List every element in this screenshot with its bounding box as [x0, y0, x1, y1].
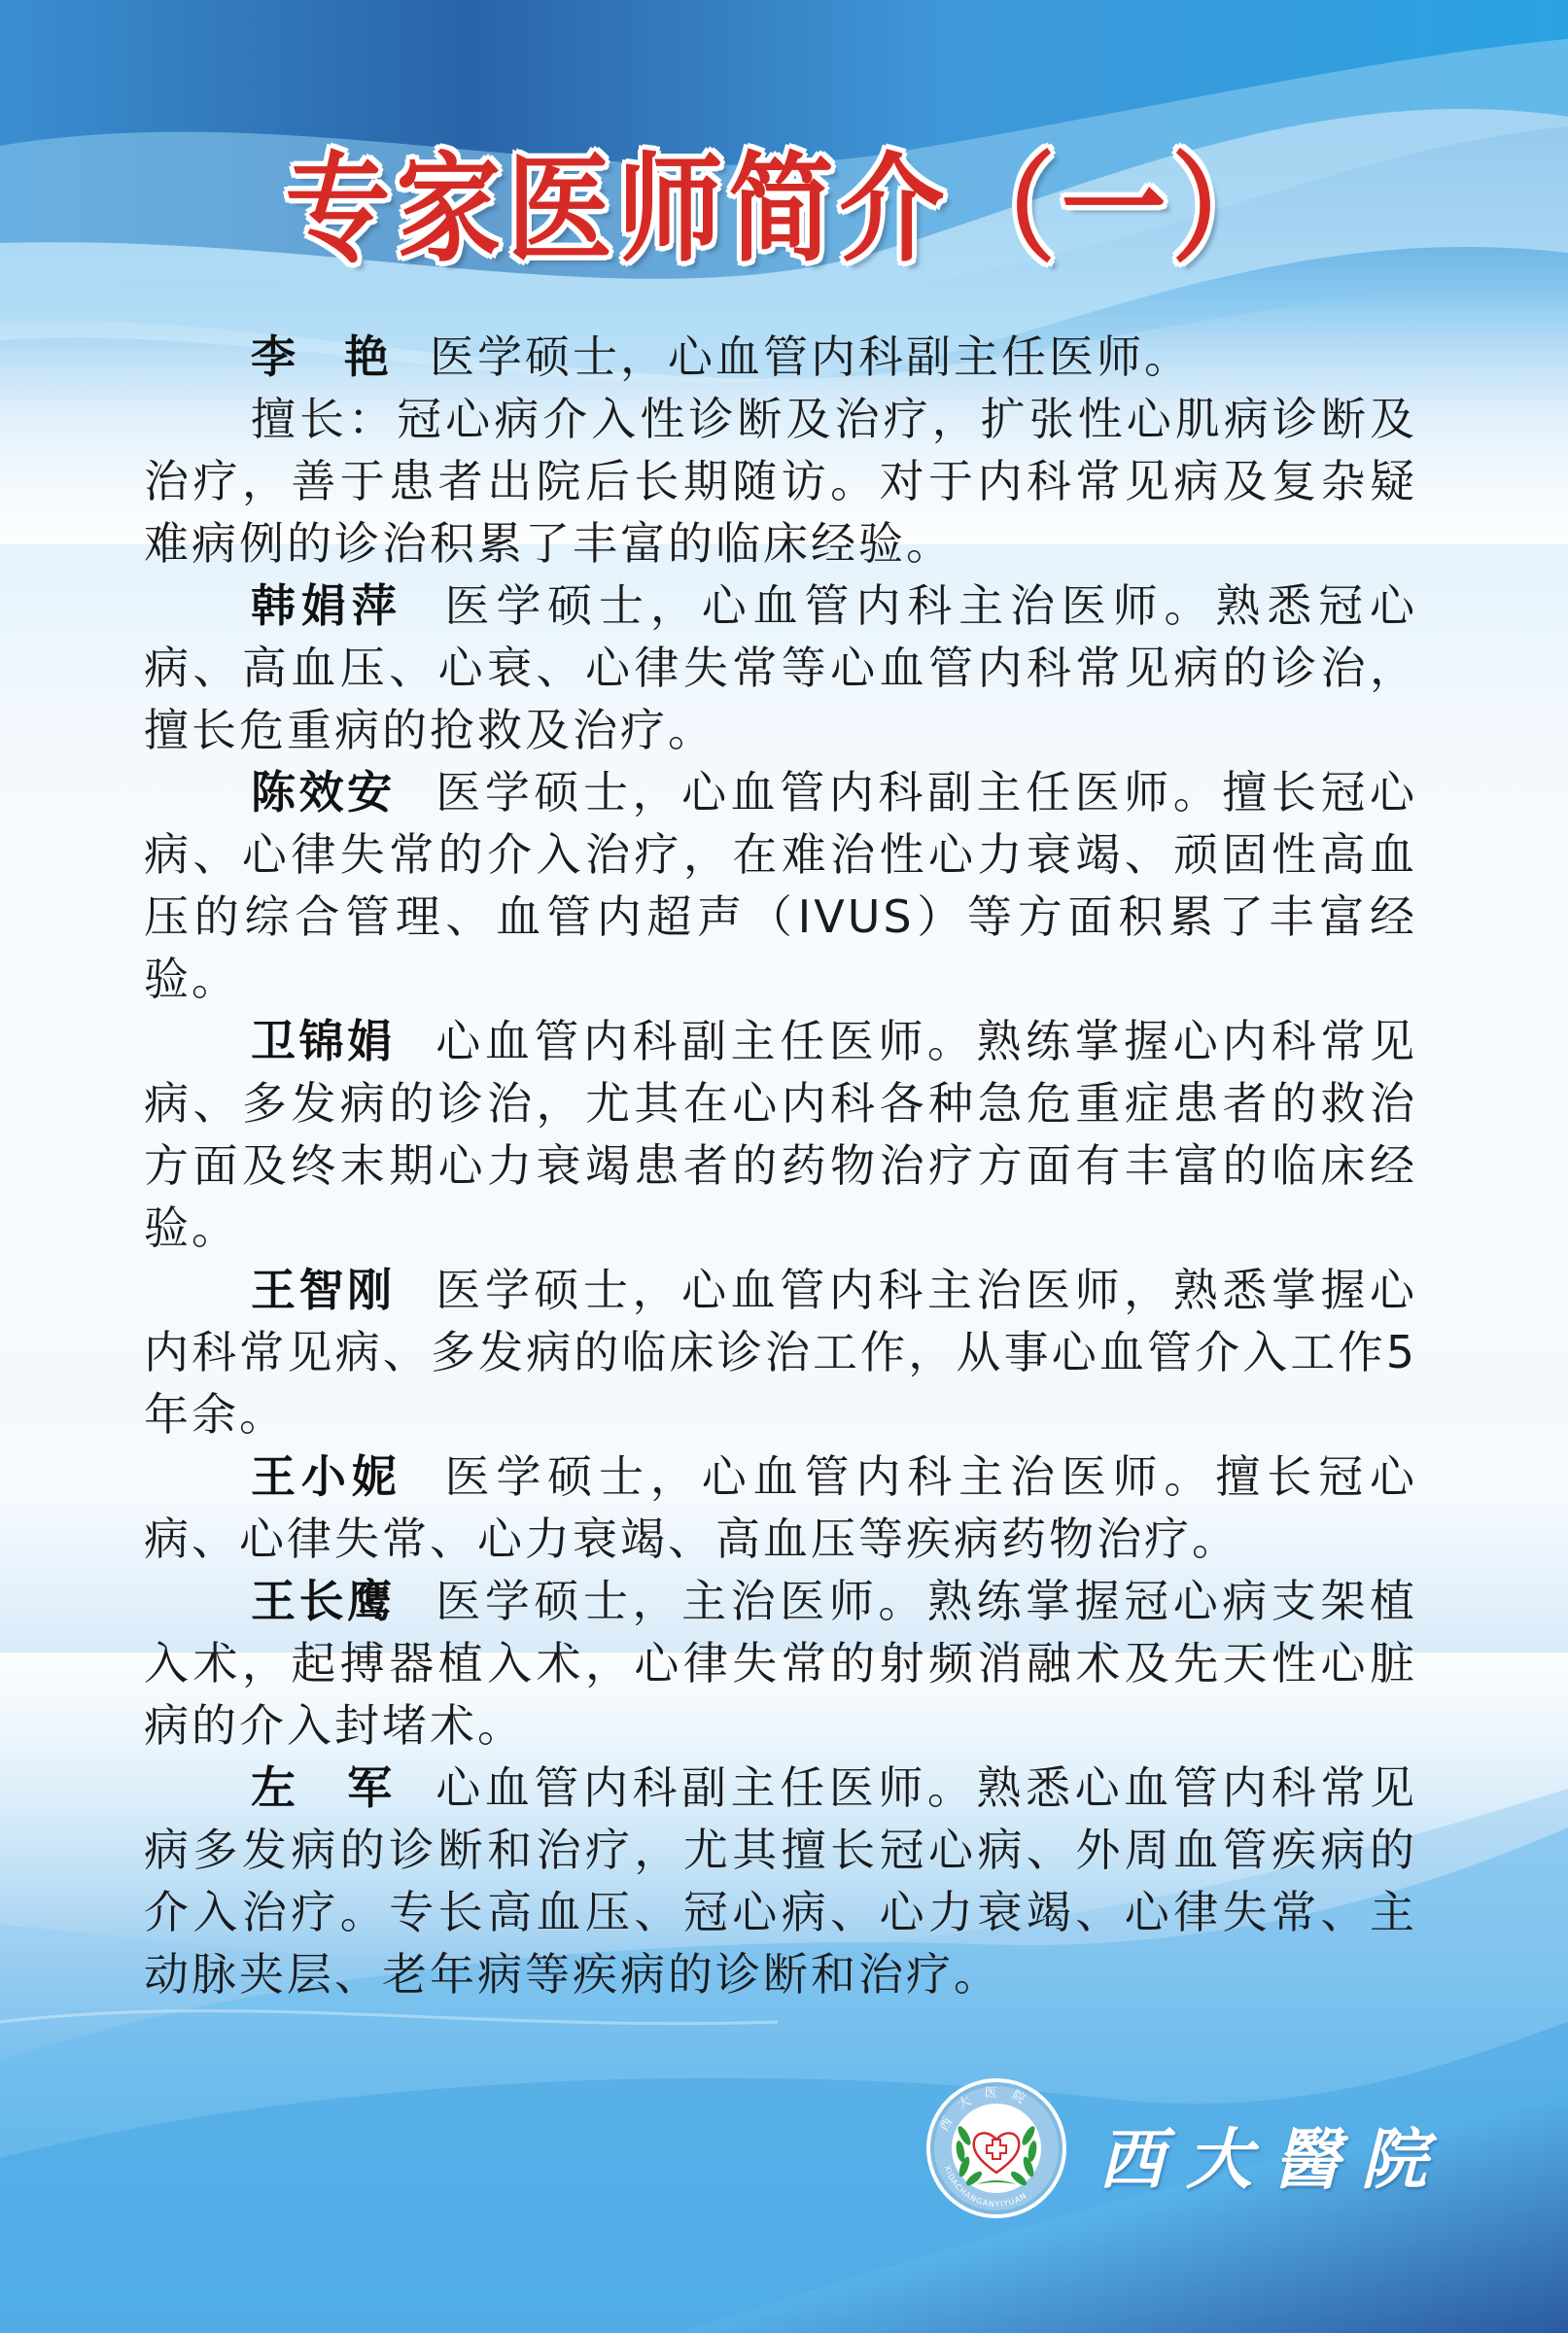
- doctor-specialty-text: 擅长：冠心病介入性诊断及治疗，扩张性心肌病诊断及治疗，善于患者出院后长期随访。对…: [144, 393, 1417, 570]
- doctor-name: 王长鹰: [251, 1575, 396, 1627]
- doctor-entry: 王智刚医学硕士，心血管内科主治医师，熟悉掌握心内科常见病、多发病的临床诊治工作，…: [144, 1259, 1417, 1445]
- doctor-name: 王智刚: [251, 1264, 396, 1316]
- doctor-entry: 陈效安医学硕士，心血管内科副主任医师。擅长冠心病、心律失常的介入治疗，在难治性心…: [144, 761, 1417, 1010]
- doctor-entry: 卫锦娟心血管内科副主任医师。熟练掌握心内科常见病、多发病的诊治，尤其在心内科各种…: [144, 1010, 1417, 1259]
- doctor-entry: 韩娟萍医学硕士，心血管内科主治医师。熟悉冠心病、高血压、心衰、心律失常等心血管内…: [144, 575, 1417, 761]
- hospital-emblem-icon: 西大医院 XIDACHANGANYIYUAN: [923, 2075, 1069, 2221]
- doctor-list: 李 艳医学硕士，心血管内科副主任医师。 擅长：冠心病介入性诊断及治疗，扩张性心肌…: [144, 326, 1417, 2005]
- page-title: 专家医师简介（一）: [0, 115, 1568, 284]
- doctor-name: 王小妮: [251, 1450, 402, 1503]
- doctor-name: 李 艳: [251, 331, 391, 383]
- doctor-name: 卫锦娟: [251, 1015, 396, 1067]
- doctor-intro: 医学硕士，心血管内科副主任医师。: [430, 331, 1192, 383]
- hospital-name: 西大醫院: [1098, 2107, 1448, 2202]
- doctor-name: 陈效安: [251, 766, 396, 818]
- doctor-entry: 李 艳医学硕士，心血管内科副主任医师。: [144, 326, 1417, 388]
- doctor-entry: 王小妮医学硕士，心血管内科主治医师。擅长冠心病、心律失常、心力衰竭、高血压等疾病…: [144, 1445, 1417, 1570]
- doctor-name: 韩娟萍: [251, 579, 402, 632]
- doctor-specialty: 擅长：冠心病介入性诊断及治疗，扩张性心肌病诊断及治疗，善于患者出院后长期随访。对…: [144, 388, 1417, 575]
- doctor-entry: 左 军心血管内科副主任医师。熟悉心血管内科常见病多发病的诊断和治疗，尤其擅长冠心…: [144, 1757, 1417, 2005]
- doctor-entry: 王长鹰医学硕士，主治医师。熟练掌握冠心病支架植入术，起搏器植入术，心律失常的射频…: [144, 1570, 1417, 1757]
- poster: 专家医师简介（一） 李 艳医学硕士，心血管内科副主任医师。 擅长：冠心病介入性诊…: [0, 0, 1568, 2333]
- doctor-name: 左 军: [251, 1761, 396, 1814]
